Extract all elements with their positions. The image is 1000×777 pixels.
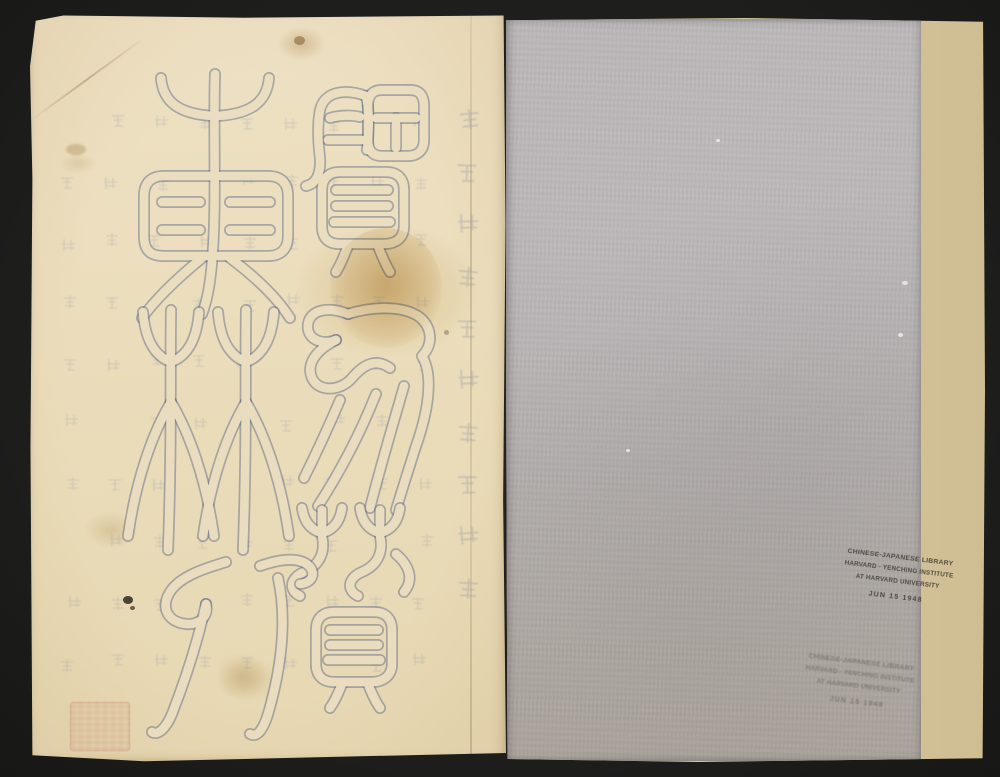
paper-speck bbox=[130, 606, 135, 610]
cursive-inscription bbox=[30, 14, 506, 762]
library-stamp-primary: CHINESE-JAPANESE LIBRARY HARVARD - YENCH… bbox=[833, 545, 962, 611]
paper-stain-small bbox=[215, 652, 267, 700]
paper-speck bbox=[294, 36, 305, 45]
paper-stain-large bbox=[330, 228, 442, 348]
paper-fiber bbox=[902, 281, 908, 285]
paper-smudge bbox=[66, 144, 86, 155]
red-collector-seal bbox=[70, 702, 130, 751]
paper-speck bbox=[444, 330, 449, 335]
library-stamp-secondary: CHINESE-JAPANESE LIBRARY HARVARD - YENCH… bbox=[799, 650, 918, 715]
left-page bbox=[30, 14, 506, 762]
paper-fiber bbox=[716, 139, 720, 142]
gray-paper-sheet: CHINESE-JAPANESE LIBRARY HARVARD - YENCH… bbox=[506, 19, 921, 761]
book-scan: CHINESE-JAPANESE LIBRARY HARVARD - YENCH… bbox=[0, 0, 1000, 777]
paper-fiber bbox=[898, 333, 903, 337]
paper-fiber bbox=[626, 449, 630, 452]
paper-speck bbox=[123, 596, 133, 604]
right-page: CHINESE-JAPANESE LIBRARY HARVARD - YENCH… bbox=[506, 18, 985, 762]
